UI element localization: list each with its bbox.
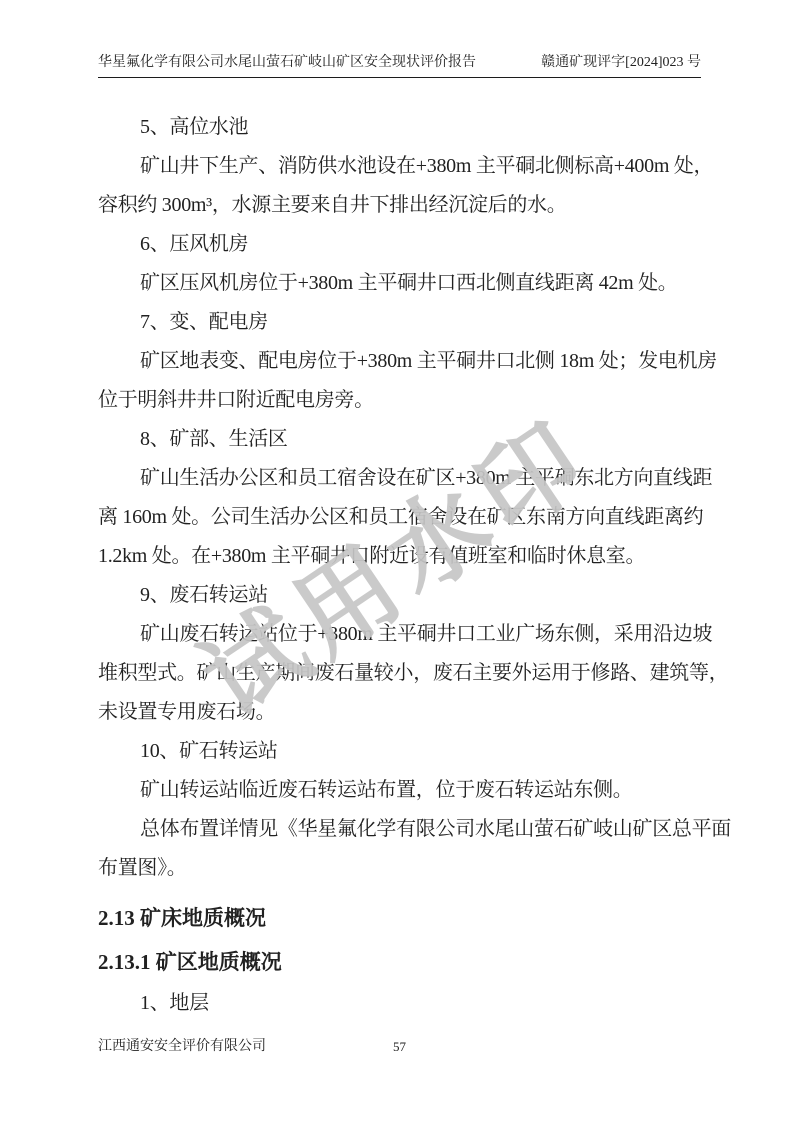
text-line: 6、压风机房: [98, 225, 704, 264]
text-line: 容积约 300m³，水源主要来自井下排出经沉淀后的水。: [98, 186, 704, 225]
text-line: 7、变、配电房: [98, 303, 704, 342]
page-header: 华星氟化学有限公司水尾山萤石矿岐山矿区安全现状评价报告 赣通矿现评字[2024]…: [98, 54, 701, 78]
text-line: 矿山废石转运站位于+380m 主平硐井口工业广场东侧，采用沿边坡: [98, 615, 704, 654]
footer-page-number: 57: [98, 1036, 701, 1058]
text-line: 2.13 矿床地质概况: [98, 896, 704, 940]
text-line: 离 160m 处。公司生活办公区和员工宿舍设在矿区东南方向直线距离约: [98, 498, 704, 537]
text-line: 10、矿石转运站: [98, 732, 704, 771]
text-line: 总体布置详情见《华星氟化学有限公司水尾山萤石矿岐山矿区总平面: [98, 810, 704, 849]
text-line: 矿山井下生产、消防供水池设在+380m 主平硐北侧标高+400m 处，: [98, 147, 704, 186]
text-line: 位于明斜井井口附近配电房旁。: [98, 381, 704, 420]
text-line: 未设置专用废石场。: [98, 693, 704, 732]
header-report-title: 华星氟化学有限公司水尾山萤石矿岐山矿区安全现状评价报告: [98, 54, 476, 72]
page-footer: 江西通安安全评价有限公司 57: [98, 1036, 701, 1058]
text-line: 5、高位水池: [98, 108, 704, 147]
text-line: 矿山生活办公区和员工宿舍设在矿区+380m 主平硐东北方向直线距: [98, 459, 704, 498]
document-page: 华星氟化学有限公司水尾山萤石矿岐山矿区安全现状评价报告 赣通矿现评字[2024]…: [0, 0, 793, 1122]
text-line: 矿区地表变、配电房位于+380m 主平硐井口北侧 18m 处；发电机房: [98, 342, 704, 381]
text-line: 堆积型式。矿山生产期间废石量较小，废石主要外运用于修路、建筑等，: [98, 654, 704, 693]
header-document-number: 赣通矿现评字[2024]023 号: [541, 54, 701, 72]
text-line: 9、废石转运站: [98, 576, 704, 615]
text-line: 8、矿部、生活区: [98, 420, 704, 459]
text-line: 1.2km 处。在+380m 主平硐井口附近设有值班室和临时休息室。: [98, 537, 704, 576]
document-body: 5、高位水池矿山井下生产、消防供水池设在+380m 主平硐北侧标高+400m 处…: [98, 108, 704, 1023]
text-line: 布置图》。: [98, 849, 704, 888]
text-line: 1、地层: [98, 984, 704, 1023]
text-line: 矿山转运站临近废石转运站布置，位于废石转运站东侧。: [98, 771, 704, 810]
text-line: 矿区压风机房位于+380m 主平硐井口西北侧直线距离 42m 处。: [98, 264, 704, 303]
text-line: 2.13.1 矿区地质概况: [98, 940, 704, 984]
